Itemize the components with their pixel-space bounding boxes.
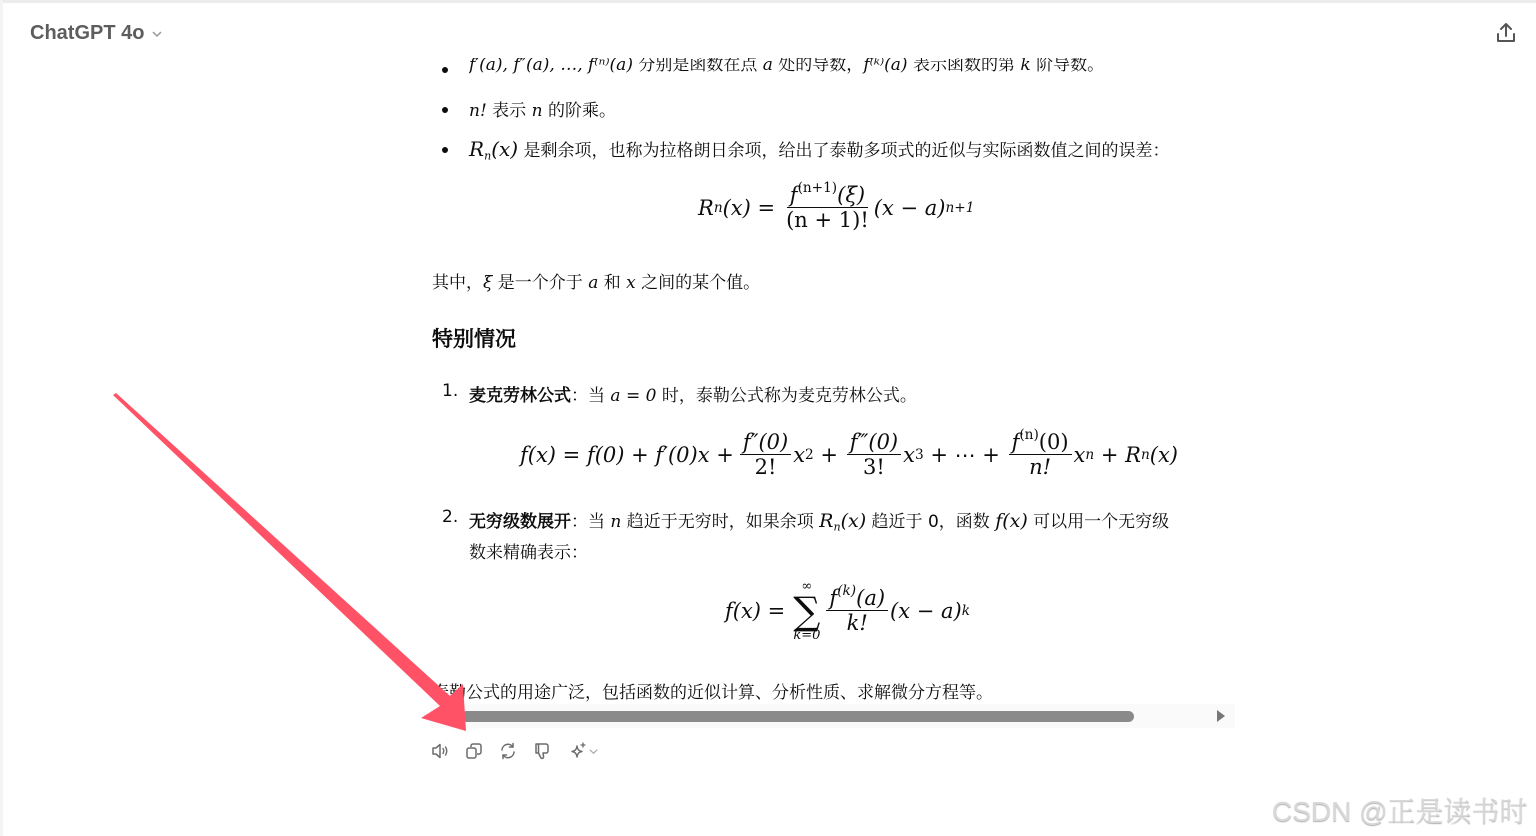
bullet-derivatives: f′(a), f″(a), …, f⁽ⁿ⁾(a) 分别是函数在点 a 处的导数，… — [469, 58, 1104, 82]
remainder-equation: Rn(x) = f(n+1)(ξ) (n + 1)! (x − a)n+1 — [698, 183, 974, 233]
bullet-dot — [442, 67, 448, 73]
speaker-icon — [430, 741, 450, 761]
list-item-infinite-series-line2: 数来精确表示： — [469, 538, 588, 563]
chevron-down-icon — [150, 27, 164, 41]
bullet-remainder: Rn(x) 是剩余项，也称为拉格朗日余项，给出了泰勒多项式的近似与实际函数值之间… — [469, 136, 1169, 161]
series-equation: f(x) = ∞ ∑ k=0 f(k)(a)k! (x − a)k — [725, 580, 970, 642]
model-selector[interactable]: ChatGPT 4o — [30, 22, 164, 45]
bad-response-button[interactable] — [532, 740, 552, 762]
list-number: 1. — [442, 381, 458, 401]
summation: ∞ ∑ k=0 — [793, 580, 820, 642]
section-heading: 特别情况 — [432, 323, 516, 353]
message-actions — [430, 740, 600, 762]
copy-button[interactable] — [464, 740, 484, 762]
thumbs-down-icon — [532, 741, 552, 761]
horizontal-scrollbar[interactable] — [430, 704, 1235, 728]
bullet-factorial: n! 表示 n 的阶乘。 — [469, 96, 616, 121]
copy-icon — [464, 741, 484, 761]
fraction: f‴(0)3! — [847, 430, 901, 480]
bullet-dot — [442, 147, 448, 153]
fraction: f(k)(a)k! — [826, 586, 888, 636]
watermark: CSDN @正是读书时 — [1272, 790, 1528, 830]
switch-model-button[interactable] — [566, 740, 600, 762]
regenerate-button[interactable] — [498, 740, 518, 762]
share-upload-icon[interactable] — [1493, 20, 1519, 46]
chevron-down-icon — [588, 746, 599, 757]
list-number: 2. — [442, 507, 458, 527]
fraction: f″(0)2! — [740, 430, 791, 480]
refresh-icon — [498, 741, 518, 761]
scrollbar-thumb[interactable] — [461, 711, 1134, 722]
xi-sentence: 其中，ξ 是一个介于 a 和 x 之间的某个值。 — [432, 268, 760, 293]
list-item-infinite-series: 无穷级数展开：当 n 趋近于无穷时，如果余项 Rn(x) 趋近于 0，函数 f(… — [469, 507, 1169, 532]
read-aloud-button[interactable] — [430, 740, 450, 762]
scroll-right-arrow-icon[interactable] — [1217, 710, 1225, 722]
fraction: f(n+1)(ξ) (n + 1)! — [783, 183, 872, 233]
model-name: ChatGPT 4o — [30, 22, 144, 45]
closing-sentence: 泰勒公式的用途广泛，包括函数的近似计算、分析性质、求解微分方程等。 — [432, 678, 993, 703]
fraction: f(n)(0)n! — [1009, 430, 1072, 480]
list-item-maclaurin: 麦克劳林公式：当 a = 0 时，泰勒公式称为麦克劳林公式。 — [469, 381, 917, 406]
bullet-dot — [442, 107, 448, 113]
top-border — [0, 0, 1536, 3]
maclaurin-equation: f(x) = f(0) + f′(0)x + f″(0)2! x2 + f‴(0… — [520, 430, 1178, 480]
left-border — [0, 0, 3, 836]
sparkle-icon — [568, 741, 588, 761]
